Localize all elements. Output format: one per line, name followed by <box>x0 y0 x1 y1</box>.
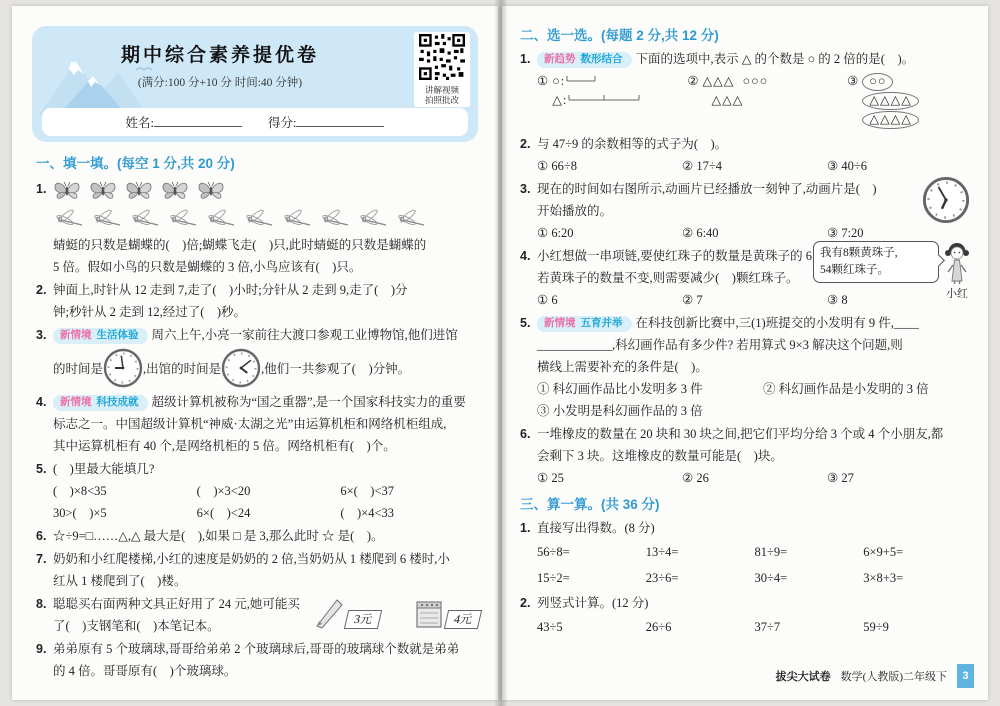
expression: 13÷4= <box>646 539 755 565</box>
options-row: ① 25 ② 26 ③ 27 <box>537 467 972 489</box>
option-3-diagram: ○○ △△△△ △△△△ <box>862 72 972 129</box>
page-footer: 拔尖大试卷 数学(人教版)二年级下 3 <box>776 664 974 688</box>
question-text: 在科技创新比赛中,三(1)班提交的小发明有 9 件,____ <box>636 316 919 330</box>
question-number: 5. <box>36 458 46 480</box>
footer-series-name: 拔尖大试卷 <box>776 668 831 684</box>
question-line: 新趋势数形结合下面的选项中,表示 △ 的个数是 ○ 的 2 倍的是( )。 <box>537 48 972 70</box>
question-line: 列竖式计算。(12 分) <box>537 592 972 614</box>
oral-calc-row-2: 15÷2= 23÷6= 30÷4= 3×8+3= <box>537 565 972 591</box>
shape-options: ① ○: △: ② △△△ ○○○ △△△ ③ <box>537 72 972 129</box>
option-number: ② <box>687 72 698 110</box>
option: ② 6:40 <box>682 222 827 244</box>
question-line: 新情境科技成就超级计算机被称为“国之重器”,是一个国家科技实力的重要 <box>53 391 484 413</box>
option: ② 7 <box>682 289 827 311</box>
right-page: 二、选一选。(每题 2 分,共 12 分) 1. 新趋势数形结合下面的选项中,表… <box>502 6 988 700</box>
section-1-title: 一、填一填。(每空 1 分,共 20 分) <box>36 152 484 176</box>
badge-label-primary: 新情境 <box>544 317 576 330</box>
question-line: 标志之一。中国超级计算机“神威·太湖之光”由运算机柜和网络机柜组成, <box>53 413 484 435</box>
score-label: 得分: <box>268 116 296 130</box>
girl-figure: 小红 <box>942 241 972 300</box>
page-number: 3 <box>957 664 974 688</box>
name-label: 姓名: <box>126 116 154 130</box>
question-3: 3. 新情境生活体验周六上午,小亮一家前往大渡口参观工业博物馆,他们进馆 的时间… <box>36 324 484 390</box>
expression: 3×8+3= <box>863 565 972 591</box>
dragonfly-icon <box>243 208 274 230</box>
option: ② 17÷4 <box>682 155 827 177</box>
option-1-diagram: ○: △: <box>552 72 643 110</box>
unit-segment-short <box>565 73 601 85</box>
name-field: 姓名: <box>126 113 242 131</box>
scanned-exam-spread: 期中综合素养提优卷 (满分:100 分+10 分 时间:40 分钟) <box>0 0 1000 706</box>
question-text: 下面的选项中,表示 △ 的个数是 ○ 的 2 倍的是( )。 <box>636 52 915 66</box>
clock-line: 的时间是 ,出馆的时间是 ,他们一共参观了( )分钟。 <box>53 346 484 390</box>
dragonfly-row <box>53 206 484 232</box>
question-line: 一堆橡皮的数量在 20 块和 30 块之间,把它们平均分给 3 个或 4 个小朋… <box>537 423 972 445</box>
inequality-row-1: ( )×8<35 ( )×3<20 6×( )<37 <box>53 480 484 502</box>
badge-label-primary: 新情境 <box>60 396 92 409</box>
girl-illustration <box>942 241 972 285</box>
question-text: ,出馆的时间是 <box>143 359 221 377</box>
expression: 37÷7 <box>755 614 864 640</box>
choice-question-5: 5. 新情境五育并举在科技创新比赛中,三(1)班提交的小发明有 9 件,____… <box>520 312 972 422</box>
expression: 30÷4= <box>755 565 864 591</box>
inequality-row-2: 30>( )×5 6×( )<24 ( )×4<33 <box>53 502 484 524</box>
expression: 6×9+5= <box>863 539 972 565</box>
option-1: ① ○: △: <box>537 72 687 110</box>
shape-row: △△△ ○○○ <box>703 74 769 88</box>
right-page-content: 二、选一选。(每题 2 分,共 12 分) 1. 新趋势数形结合下面的选项中,表… <box>520 24 972 641</box>
question-line: 的 4 倍。哥哥原有( )个玻璃球。 <box>53 660 484 682</box>
question-number: 7. <box>36 548 46 570</box>
question-number: 2. <box>520 133 530 155</box>
option: ③ 小发明是科幻画作品的 3 倍 <box>537 400 972 422</box>
question-text: ,他们一共参观了( )分钟。 <box>261 359 410 377</box>
butterfly-icon <box>53 180 81 202</box>
left-page-content: 一、填一填。(每空 1 分,共 20 分) 1. 蜻蜓的只数是蝴蝶的( )倍;蝴… <box>36 152 484 683</box>
question-line: ( )里最大能填几? <box>53 458 484 480</box>
choice-question-2: 2. 与 47÷9 的余数相等的式子为( )。 ① 66÷8 ② 17÷4 ③ … <box>520 133 972 177</box>
question-text: 超级计算机被称为“国之重器”,是一个国家科技实力的重要 <box>152 395 466 409</box>
question-line: 新情境生活体验周六上午,小亮一家前往大渡口参观工业博物馆,他们进馆 <box>53 324 484 346</box>
choice-question-1: 1. 新趋势数形结合下面的选项中,表示 △ 的个数是 ○ 的 2 倍的是( )。… <box>520 48 972 129</box>
question-number: 1. <box>520 517 530 539</box>
question-line: 会剩下 3 块。这堆橡皮的数量可能是( )块。 <box>537 445 972 467</box>
stationery-illustrations: 3元 4元 <box>314 595 480 629</box>
question-line: 直接写出得数。(8 分) <box>537 517 972 539</box>
qr-caption-video: 讲解视频 <box>415 85 469 95</box>
question-number: 5. <box>520 312 530 334</box>
speech-bubble: 我有8颗黄珠子,54颗红珠子。 <box>813 241 939 283</box>
question-number: 2. <box>36 279 46 301</box>
price-tag-notebook: 4元 <box>444 610 482 629</box>
option: ① 25 <box>537 467 682 489</box>
exam-header-box: 期中综合素养提优卷 (满分:100 分+10 分 时间:40 分钟) <box>32 26 478 142</box>
option: ① 6:20 <box>537 222 682 244</box>
qr-code-icon <box>419 34 465 80</box>
expression: 43÷5 <box>537 614 646 640</box>
question-9: 9. 弟弟原有 5 个玻璃球,哥哥给弟弟 2 个玻璃球后,哥哥的玻璃球个数就是弟… <box>36 638 484 682</box>
option: ③ 40÷6 <box>827 155 972 177</box>
question-4: 4. 新情境科技成就超级计算机被称为“国之重器”,是一个国家科技实力的重要 标志… <box>36 391 484 457</box>
expression: 56÷8= <box>537 539 646 565</box>
score-field: 得分: <box>268 113 384 131</box>
option: ③ 27 <box>827 467 972 489</box>
clock-icon-exit-time <box>221 348 261 388</box>
question-line: ☆÷9=□……△,△ 最大是( ),如果 □ 是 3,那么此时 ☆ 是( )。 <box>53 525 484 547</box>
qr-code-block: 讲解视频 拍照批改 <box>414 32 470 107</box>
butterfly-icon <box>125 180 153 202</box>
bubble-line: 54颗红珠子。 <box>820 264 889 276</box>
question-number: 6. <box>520 423 530 445</box>
inequality-item: 6×( )<24 <box>197 502 341 524</box>
circle-label: ○: <box>552 74 565 88</box>
dragonfly-icon <box>91 208 122 230</box>
question-number: 1. <box>520 48 530 70</box>
xiaohong-callout: 我有8颗黄珠子,54颗红珠子。 小红 <box>813 241 972 300</box>
calc-question-1: 1. 直接写出得数。(8 分) 56÷8= 13÷4= 81÷9= 6×9+5=… <box>520 517 972 591</box>
expression: 59÷9 <box>863 614 972 640</box>
question-line: 奶奶和小红爬楼梯,小红的速度是奶奶的 2 倍,当奶奶从 1 楼爬到 6 楼时,小 <box>53 548 484 570</box>
dragonfly-icon <box>205 208 236 230</box>
butterfly-icon <box>89 180 117 202</box>
notebook-icon <box>414 595 444 629</box>
dragonfly-icon <box>129 208 160 230</box>
inequality-item: 30>( )×5 <box>53 502 197 524</box>
inequality-item: ( )×8<35 <box>53 480 197 502</box>
question-line: 钟面上,时针从 12 走到 7,走了( )小时;分针从 2 走到 9,走了( )… <box>53 279 484 301</box>
question-6: 6. ☆÷9=□……△,△ 最大是( ),如果 □ 是 3,那么此时 ☆ 是( … <box>36 525 484 547</box>
question-number: 8. <box>36 593 46 615</box>
butterfly-icon <box>161 180 189 202</box>
options-row: ① 66÷8 ② 17÷4 ③ 40÷6 <box>537 155 972 177</box>
name-blank <box>154 113 242 127</box>
question-7: 7. 奶奶和小红爬楼梯,小红的速度是奶奶的 2 倍,当奶奶从 1 楼爬到 6 楼… <box>36 548 484 592</box>
dragonfly-icon <box>281 208 312 230</box>
option: ② 科幻画作品是小发明的 3 倍 <box>763 378 929 400</box>
vertical-calc-row: 43÷5 26÷6 37÷7 59÷9 <box>537 614 972 640</box>
notebook-with-price: 4元 <box>414 595 480 629</box>
dragonfly-icon <box>395 208 426 230</box>
pen-icon <box>314 597 344 629</box>
badge-label-primary: 新情境 <box>60 329 92 342</box>
options-row: ① 科幻画作品比小发明多 3 件 ② 科幻画作品是小发明的 3 倍 <box>537 378 972 400</box>
question-2: 2. 钟面上,时针从 12 走到 7,走了( )小时;分针从 2 走到 9,走了… <box>36 279 484 323</box>
page-gutter-shadow <box>494 0 508 706</box>
unit-segment-long <box>567 92 643 104</box>
question-text: 周六上午,小亮一家前往大渡口参观工业博物馆,他们进馆 <box>152 328 458 342</box>
new-context-badge: 新情境五育并举 <box>537 316 632 332</box>
dragonfly-icon <box>319 208 350 230</box>
butterfly-icon <box>197 180 225 202</box>
option-2-diagram: △△△ ○○○ △△△ <box>703 72 769 110</box>
expression: 26÷6 <box>646 614 755 640</box>
circled-group: ○○ <box>862 73 893 91</box>
question-line: 5 倍。假如小鸟的只数是蝴蝶的 3 倍,小鸟应该有( )只。 <box>53 256 484 278</box>
score-blank <box>296 113 384 127</box>
badge-label-secondary: 科技成就 <box>97 396 139 409</box>
question-line: 钟;秒针从 2 走到 12,经过了( )秒。 <box>53 301 484 323</box>
option-number: ① <box>537 72 548 110</box>
question-line: 若黄珠子的数量不变,则需要减少( )颗红珠子。 <box>537 267 859 289</box>
new-context-badge: 新情境科技成就 <box>53 395 148 411</box>
inequality-item: ( )×3<20 <box>197 480 341 502</box>
option: ② 26 <box>682 467 827 489</box>
badge-label-secondary: 五育并举 <box>581 317 623 330</box>
question-1: 1. 蜻蜓的只数是蝴蝶的( )倍;蝴蝶飞走( )只,此时蜻蜓的只数是蝴蝶的 5 … <box>36 178 484 278</box>
choice-question-3: 3. 现在的时间如右图所示,动画片已经播放一刻钟了,动画片是( ) 开始播放的。… <box>520 178 972 244</box>
expression: 15÷2= <box>537 565 646 591</box>
question-number: 3. <box>36 324 46 346</box>
clock-icon-enter-time <box>103 348 143 388</box>
question-number: 6. <box>36 525 46 547</box>
question-number: 9. <box>36 638 46 660</box>
choice-question-6: 6. 一堆橡皮的数量在 20 块和 30 块之间,把它们平均分给 3 个或 4 … <box>520 423 972 489</box>
left-page: 期中综合素养提优卷 (满分:100 分+10 分 时间:40 分钟) <box>12 6 498 700</box>
question-line: 与 47÷9 的余数相等的式子为( )。 <box>537 133 972 155</box>
triangle-label: △: <box>552 93 567 107</box>
new-context-badge: 新情境生活体验 <box>53 328 148 344</box>
question-line: ____________,科幻画作品有多少件? 若用算式 9×3 解决这个问题,… <box>537 334 972 356</box>
footer-edition: 数学(人教版)二年级下 <box>841 668 947 684</box>
badge-label-secondary: 数形结合 <box>581 53 623 66</box>
question-line: 新情境五育并举在科技创新比赛中,三(1)班提交的小发明有 9 件,____ <box>537 312 972 334</box>
question-8: 8. 聪聪买右面两种文具正好用了 24 元,她可能买 了( )支钢笔和( )本笔… <box>36 593 484 637</box>
circled-group: △△△△ <box>862 92 918 110</box>
shape-row: △△△ <box>703 93 744 107</box>
price-tag-pen: 3元 <box>344 610 382 629</box>
question-number: 1. <box>36 178 46 200</box>
option: ① 6 <box>537 289 682 311</box>
exam-title: 期中综合素养提优卷 <box>32 40 408 67</box>
option: ① 科幻画作品比小发明多 3 件 <box>537 378 763 400</box>
exam-score-time-note: (满分:100 分+10 分 时间:40 分钟) <box>32 74 408 90</box>
circled-group: △△△△ <box>862 111 918 129</box>
question-line: 蜻蜓的只数是蝴蝶的( )倍;蝴蝶飞走( )只,此时蜻蜓的只数是蝴蝶的 <box>53 234 484 256</box>
inequality-item: 6×( )<37 <box>340 480 484 502</box>
question-line: 现在的时间如右图所示,动画片已经播放一刻钟了,动画片是( ) <box>537 178 972 200</box>
badge-label-primary: 新趋势 <box>544 53 576 66</box>
section-2-title: 二、选一选。(每题 2 分,共 12 分) <box>520 24 972 48</box>
question-line: 红从 1 楼爬到了( )楼。 <box>53 570 484 592</box>
new-trend-badge: 新趋势数形结合 <box>537 52 632 68</box>
expression: 23÷6= <box>646 565 755 591</box>
calc-question-2: 2. 列竖式计算。(12 分) 43÷5 26÷6 37÷7 59÷9 <box>520 592 972 640</box>
choice-question-4: 4. 我有8颗黄珠子,54颗红珠子。 小红 小红想做一串项链,要使红珠子的数量是… <box>520 245 972 311</box>
question-number: 2. <box>520 592 530 614</box>
dragonfly-icon <box>53 208 84 230</box>
option-2: ② △△△ ○○○ △△△ <box>687 72 847 110</box>
question-text: 的时间是 <box>53 359 103 377</box>
qr-caption-grade: 拍照批改 <box>415 95 469 105</box>
girl-name-label: 小红 <box>942 288 972 300</box>
dragonfly-icon <box>357 208 388 230</box>
bubble-line: 我有8颗黄珠子, <box>820 247 898 259</box>
inequality-item: ( )×4<33 <box>340 502 484 524</box>
question-line: 横线上需要补充的条件是( )。 <box>537 356 972 378</box>
section-3-title: 三、算一算。(共 36 分) <box>520 493 972 517</box>
clock-icon-current-time <box>922 176 970 224</box>
question-line: 小红想做一串项链,要使红珠子的数量是黄珠子的 6 倍。 <box>537 245 859 267</box>
question-number: 3. <box>520 178 530 200</box>
option: ① 66÷8 <box>537 155 682 177</box>
expression: 81÷9= <box>755 539 864 565</box>
pen-with-price: 3元 <box>314 597 380 629</box>
question-line: 开始播放的。 <box>537 200 972 222</box>
dragonfly-icon <box>167 208 198 230</box>
question-5: 5. ( )里最大能填几? ( )×8<35 ( )×3<20 6×( )<37… <box>36 458 484 524</box>
butterfly-row <box>53 178 484 204</box>
question-number: 4. <box>520 245 530 267</box>
question-line: 弟弟原有 5 个玻璃球,哥哥给弟弟 2 个玻璃球后,哥哥的玻璃球个数就是弟弟 <box>53 638 484 660</box>
option-number: ③ <box>847 72 858 129</box>
question-line: 其中运算机柜有 40 个,是网络机柜的 5 倍。网络机柜有( )个。 <box>53 435 484 457</box>
name-score-strip: 姓名: 得分: <box>42 108 468 136</box>
option-3: ③ ○○ △△△△ △△△△ <box>847 72 972 129</box>
oral-calc-row-1: 56÷8= 13÷4= 81÷9= 6×9+5= <box>537 539 972 565</box>
badge-label-secondary: 生活体验 <box>97 329 139 342</box>
question-number: 4. <box>36 391 46 413</box>
